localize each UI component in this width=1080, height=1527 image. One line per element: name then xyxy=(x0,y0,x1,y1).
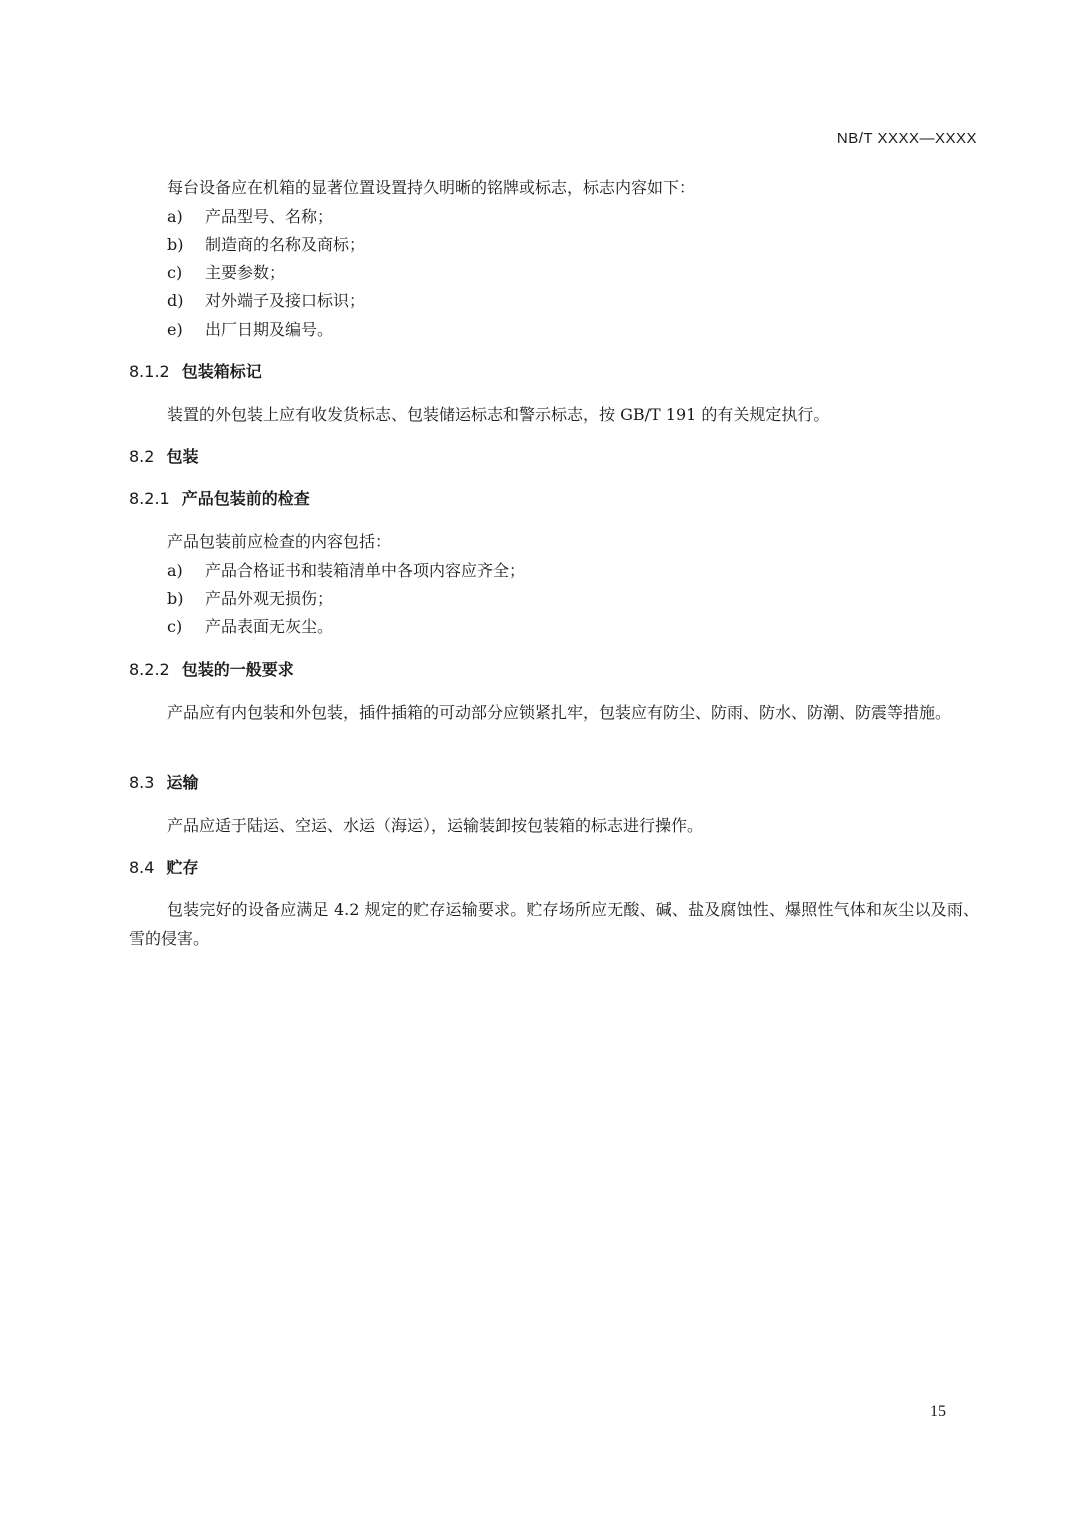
list-item-text: 出厂日期及编号。 xyxy=(205,320,333,339)
list-item: b)产品外观无损伤； xyxy=(129,584,1017,613)
list-item: c)产品表面无灰尘。 xyxy=(129,612,1017,641)
list-marker: a) xyxy=(167,202,205,231)
section-paragraph: 包装完好的设备应满足 4.2 规定的贮存运输要求。贮存场所应无酸、碱、盐及腐蚀性… xyxy=(129,895,979,953)
section-number: 8.4 xyxy=(129,853,154,882)
list-marker: b) xyxy=(167,584,205,613)
list-item-text: 产品外观无损伤； xyxy=(205,589,333,608)
section-title: 包装箱标记 xyxy=(182,362,262,381)
section-heading-8-3: 8.3运输 xyxy=(129,768,979,797)
section-title: 运输 xyxy=(166,773,198,792)
section-heading-8-2-2: 8.2.2包装的一般要求 xyxy=(129,655,979,684)
list-marker: c) xyxy=(167,612,205,641)
list-item: c)主要参数； xyxy=(129,258,1017,287)
list-marker: d) xyxy=(167,286,205,315)
document-code-header: NB/T XXXX—XXXX xyxy=(837,130,977,147)
section-number: 8.2.1 xyxy=(129,484,170,513)
section-paragraph: 产品应适于陆运、空运、水运（海运），运输装卸按包装箱的标志进行操作。 xyxy=(129,811,1017,840)
list-item: d)对外端子及接口标识； xyxy=(129,286,1017,315)
section-paragraph: 产品包装前应检查的内容包括： xyxy=(129,527,1017,556)
list-item-text: 产品表面无灰尘。 xyxy=(205,617,333,636)
list-item-text: 产品合格证书和装箱清单中各项内容应齐全； xyxy=(205,561,525,580)
section-number: 8.1.2 xyxy=(129,357,170,386)
section-heading-8-2: 8.2包装 xyxy=(129,442,979,471)
list-marker: a) xyxy=(167,556,205,585)
intro-paragraph: 每台设备应在机箱的显著位置设置持久明晰的铭牌或标志，标志内容如下： xyxy=(129,173,1017,202)
section-number: 8.2 xyxy=(129,442,154,471)
section-title: 包装的一般要求 xyxy=(182,660,294,679)
list-item-text: 主要参数； xyxy=(205,263,285,282)
list-item: e)出厂日期及编号。 xyxy=(129,315,1017,344)
section-heading-8-2-1: 8.2.1产品包装前的检查 xyxy=(129,484,979,513)
section-title: 贮存 xyxy=(166,858,198,877)
list-item: b)制造商的名称及商标； xyxy=(129,230,1017,259)
section-number: 8.2.2 xyxy=(129,655,170,684)
list-item: a)产品合格证书和装箱清单中各项内容应齐全； xyxy=(129,556,1017,585)
list-marker: e) xyxy=(167,315,205,344)
section-heading-8-1-2: 8.1.2包装箱标记 xyxy=(129,357,979,386)
section-paragraph: 装置的外包装上应有收发货标志、包装储运标志和警示标志，按 GB/T 191 的有… xyxy=(129,400,1017,429)
list-item: a)产品型号、名称； xyxy=(129,202,1017,231)
page-number: 15 xyxy=(930,1403,946,1421)
section-number: 8.3 xyxy=(129,768,154,797)
list-marker: c) xyxy=(167,258,205,287)
section-paragraph: 产品应有内包装和外包装，插件插箱的可动部分应锁紧扎牢，包装应有防尘、防雨、防水、… xyxy=(129,698,979,727)
list-item-text: 制造商的名称及商标； xyxy=(205,235,365,254)
list-item-text: 产品型号、名称； xyxy=(205,207,333,226)
section-title: 产品包装前的检查 xyxy=(182,489,310,508)
section-heading-8-4: 8.4贮存 xyxy=(129,853,979,882)
section-title: 包装 xyxy=(166,447,198,466)
list-marker: b) xyxy=(167,230,205,259)
list-item-text: 对外端子及接口标识； xyxy=(205,291,365,310)
